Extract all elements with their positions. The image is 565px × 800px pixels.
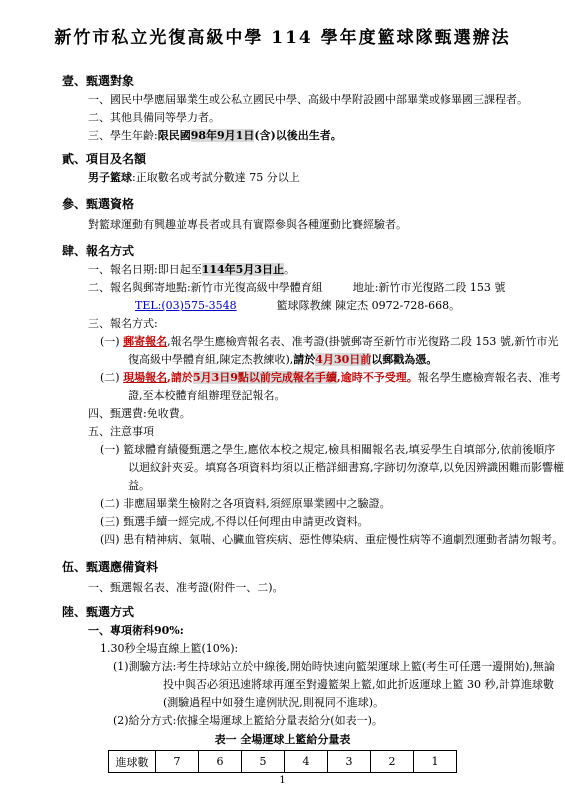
plain-text: 一、報名日期:即日起至: [88, 263, 202, 276]
page-number: 1: [0, 774, 565, 787]
item-label: (一): [100, 335, 123, 348]
list-item: 一、甄選報名表、准考證(附件一、二)。: [88, 579, 565, 597]
section-heading-qualification: 參、甄選資格: [62, 195, 565, 214]
bold-text: 男子籃球: [88, 171, 132, 184]
table-row: 進球數 7 6 5 4 3 2 1: [109, 751, 457, 773]
item-label: 三、學生年齡:: [88, 129, 158, 142]
sub-item: 1.30秒全場直線上籃(10%):: [100, 640, 565, 658]
mail-registration-item: (一) 郵寄報名,報名學生應檢齊報名表、准考證(掛號郵寄至新竹市光復路二段 15…: [100, 333, 565, 369]
table-cell: 6: [199, 751, 242, 773]
red-highlighted-deadline: 5月3日9點以前完成報名手續: [193, 371, 337, 384]
red-underline-title: 郵寄報名: [123, 335, 167, 348]
plain-text: 考生持球站立於中線後,開始時快速向籃架運球上籃(考生可任選一邊開始),無論投中與…: [163, 660, 555, 709]
highlighted-date: 114年5月3日止: [202, 263, 284, 276]
table-cell: 5: [242, 751, 285, 773]
section-heading-recruit-target: 壹、甄選對象: [62, 72, 565, 91]
section-heading-quota: 貳、項目及名額: [62, 150, 565, 169]
item-label: (二): [100, 371, 123, 384]
document-title: 新竹市私立光復高級中學 114 學年度籃球隊甄選辦法: [0, 0, 565, 50]
bold-text: 以郵戳為憑。: [371, 353, 437, 366]
plain-text: :正取數名或考試分數達 75 分以上: [132, 171, 300, 184]
registration-location: 二、報名與郵寄地點:新竹市光復高級中學體育組: [88, 281, 323, 294]
document-page: 新竹市私立光復高級中學 114 學年度籃球隊甄選辦法 壹、甄選對象 一、國民中學…: [0, 0, 565, 800]
list-item: 三、報名方式:: [88, 315, 565, 333]
list-item-bold: 一、專項術科90%:: [88, 622, 565, 640]
table-cell: 3: [328, 751, 371, 773]
red-bold-text: ,請於: [167, 371, 193, 384]
list-item: 一、國民中學應屆畢業生或公私立國民中學、高級中學附設國中部畢業或修畢國三課程者。: [88, 91, 565, 109]
plain-text: 。: [284, 263, 295, 276]
bold-text: 限民國: [158, 129, 191, 142]
table-header-cell: 進球數: [109, 751, 156, 773]
body-text: 對籃球運動有興趣並專長者或具有實際參與各種運動比賽經驗者。: [88, 216, 565, 234]
list-item: 一、報名日期:即日起至114年5月3日止。: [88, 261, 565, 279]
red-highlighted-deadline: 4月30日前: [315, 353, 371, 366]
section-heading-registration: 肆、報名方式: [62, 242, 565, 261]
notice-item: (一) 籃球體育績優甄選之學生,應依本校之規定,檢具相關報名表,填妥學生自填部分…: [100, 441, 565, 495]
table-cell: 4: [285, 751, 328, 773]
list-item: 二、其他具備同等學力者。: [88, 109, 565, 127]
section-heading-required-documents: 伍、甄選應備資料: [62, 558, 565, 577]
list-item: 男子籃球:正取數名或考試分數達 75 分以上: [88, 169, 565, 187]
coach-contact: 籃球隊教練 陳定杰 0972-728-668。: [277, 299, 460, 312]
table-caption: 表一 全場運球上籃給分量表: [0, 731, 565, 748]
score-table: 進球數 7 6 5 4 3 2 1: [108, 750, 457, 773]
test-method-item: (1)測驗方法:考生持球站立於中線後,開始時快速向籃架運球上籃(考生可任選一邊開…: [113, 658, 565, 712]
notice-item: (三) 甄選手續一經完成,不得以任何理由申請更改資料。: [100, 513, 565, 531]
tel-link[interactable]: TEL:(03)575-3548: [135, 299, 237, 312]
item-label: (1)測驗方法:: [113, 660, 176, 673]
list-item: 二、報名與郵寄地點:新竹市光復高級中學體育組地址:新竹市光復路二段 153 號: [88, 279, 565, 297]
bold-text: 請於: [293, 353, 315, 366]
list-item: 三、學生年齡:限民國98年9月1日(含)以後出生者。: [88, 127, 565, 145]
bold-text: (含)以後出生者。: [254, 129, 341, 142]
contact-line: TEL:(03)575-3548籃球隊教練 陳定杰 0972-728-668。: [135, 297, 565, 315]
onsite-registration-item: (二) 現場報名,請於5月3日9點以前完成報名手續,逾時不予受理。報名學生應檢齊…: [100, 369, 565, 405]
notice-item: (四) 患有精神病、氣喘、心臟血管疾病、惡性傳染病、重症慢性病等不適劇烈運動者請…: [100, 531, 565, 549]
list-item: 五、注意事項: [88, 423, 565, 441]
table-cell: 7: [156, 751, 199, 773]
table-cell: 2: [371, 751, 414, 773]
red-bold-text: ,逾時不予受理。: [337, 371, 418, 384]
scoring-method-item: (2)給分方式:依據全場運球上籃給分量表給分(如表一)。: [113, 712, 565, 730]
red-underline-title: 現場報名: [123, 371, 167, 384]
address-text: 地址:新竹市光復路二段 153 號: [353, 281, 506, 294]
notice-item: (二) 非應屆畢業生檢附之各項資料,須經原畢業國中之驗證。: [100, 495, 565, 513]
highlighted-date: 98年9月1日: [191, 129, 255, 142]
section-heading-selection-method: 陸、甄選方式: [62, 603, 565, 622]
table-cell: 1: [414, 751, 457, 773]
list-item: 四、甄選費:免收費。: [88, 405, 565, 423]
